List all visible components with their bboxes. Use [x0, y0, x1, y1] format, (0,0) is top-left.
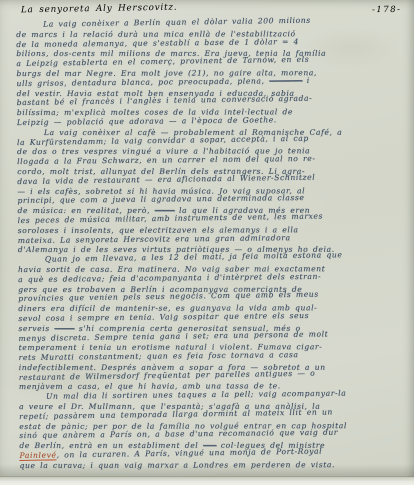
page-title: La senyoreta Aly Herscovitz. — [21, 3, 178, 16]
manuscript-line: La vaig conèixer a Berlín quan el dòlar … — [16, 14, 407, 30]
handwritten-text: sevol cosa i sempre en tenia. Vaig sospi… — [18, 311, 309, 323]
manuscript-lines: La vaig conèixer a Berlín quan el dòlar … — [16, 17, 411, 471]
handwritten-text: Un mal dia li sortiren unes taques a la … — [46, 389, 346, 401]
red-underlined-word: Painlevé — [19, 450, 56, 460]
manuscript-line: sinó que anàrem a París on, a base d'una… — [19, 427, 410, 441]
handwritten-text: llogada a la Frau Schwarz, en un carrer … — [17, 154, 315, 166]
struck-out-word: ————— — [269, 76, 302, 85]
handwritten-text: rets Muratti constantment; quan es feia … — [19, 350, 299, 362]
handwritten-text: La vaig conèixer a Berlín quan el dòlar … — [43, 16, 311, 29]
manuscript-page: La senyoreta Aly Herscovitz. -178- La va… — [0, 0, 414, 485]
handwritten-text: i — [302, 76, 310, 85]
page-bottom-edge — [0, 477, 414, 485]
page-fold-shadow — [0, 464, 414, 477]
struck-out-word: ——— — [54, 324, 74, 333]
handwritten-text: principi, que com a jueva li agradava un… — [17, 193, 304, 205]
handwritten-text: serveis — [18, 324, 54, 333]
handwritten-text: Leipzig — població que adorava — a l'èpo… — [17, 115, 277, 127]
handwritten-text: sinó que anàrem a París on, a base d'una… — [19, 428, 338, 440]
handwritten-text: ulls grisos, dentadura blanca, poc preoc… — [16, 76, 269, 88]
